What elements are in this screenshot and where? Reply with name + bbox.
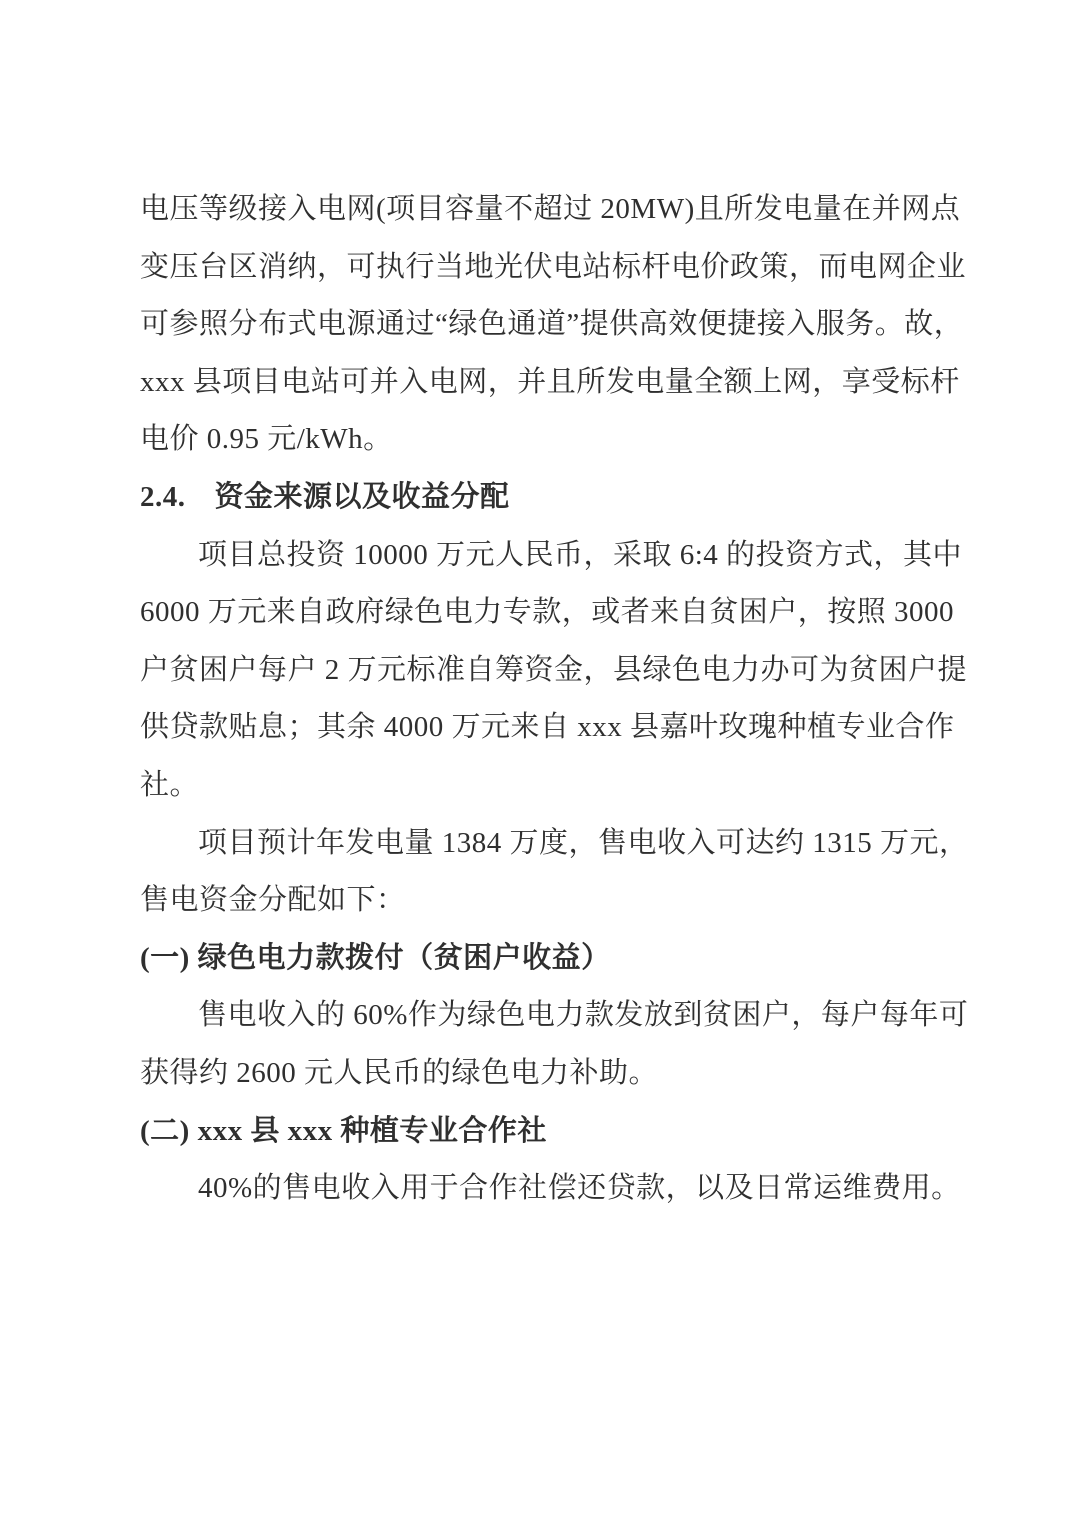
paragraph-line: 可参照分布式电源通过“绿色通道”提供高效便捷接入服务。故，	[140, 296, 942, 354]
paragraph-line: 电价 0.95 元/kWh。	[140, 411, 942, 469]
paragraph-line: 社。	[140, 757, 942, 815]
paragraph-line: 项目预计年发电量 1384 万度，售电收入可达约 1315 万元，	[140, 815, 942, 873]
paragraph-line: 售电收入的 60%作为绿色电力款发放到贫困户，每户每年可	[140, 987, 942, 1045]
item-heading-2: (二) xxx 县 xxx 种植专业合作社	[140, 1103, 942, 1161]
paragraph-line: xxx 县项目电站可并入电网，并且所发电量全额上网，享受标杆	[140, 354, 942, 412]
paragraph-line: 变压台区消纳，可执行当地光伏电站标杆电价政策，而电网企业	[140, 239, 942, 297]
paragraph-line: 户贫困户每户 2 万元标准自筹资金，县绿色电力办可为贫困户提	[140, 642, 942, 700]
document-page: 电压等级接入电网(项目容量不超过 20MW)且所发电量在并网点 变压台区消纳，可…	[0, 0, 1080, 1526]
paragraph-line: 电压等级接入电网(项目容量不超过 20MW)且所发电量在并网点	[140, 181, 942, 239]
paragraph-line: 售电资金分配如下：	[140, 872, 942, 930]
section-number: 2.4.	[140, 469, 186, 527]
document-content: 电压等级接入电网(项目容量不超过 20MW)且所发电量在并网点 变压台区消纳，可…	[0, 0, 1080, 1218]
paragraph-line: 6000 万元来自政府绿色电力专款，或者来自贫困户，按照 3000	[140, 584, 942, 642]
paragraph-line: 项目总投资 10000 万元人民币，采取 6:4 的投资方式，其中	[140, 527, 942, 585]
section-title: 资金来源以及收益分配	[215, 481, 510, 513]
section-heading-2-4: 2.4.资金来源以及收益分配	[140, 469, 942, 527]
paragraph-line: 40%的售电收入用于合作社偿还贷款，以及日常运维费用。	[140, 1160, 942, 1218]
paragraph-line: 供贷款贴息；其余 4000 万元来自 xxx 县嘉叶玫瑰种植专业合作	[140, 699, 942, 757]
item-heading-1: (一) 绿色电力款拨付（贫困户收益）	[140, 930, 942, 988]
paragraph-line: 获得约 2600 元人民币的绿色电力补助。	[140, 1045, 942, 1103]
